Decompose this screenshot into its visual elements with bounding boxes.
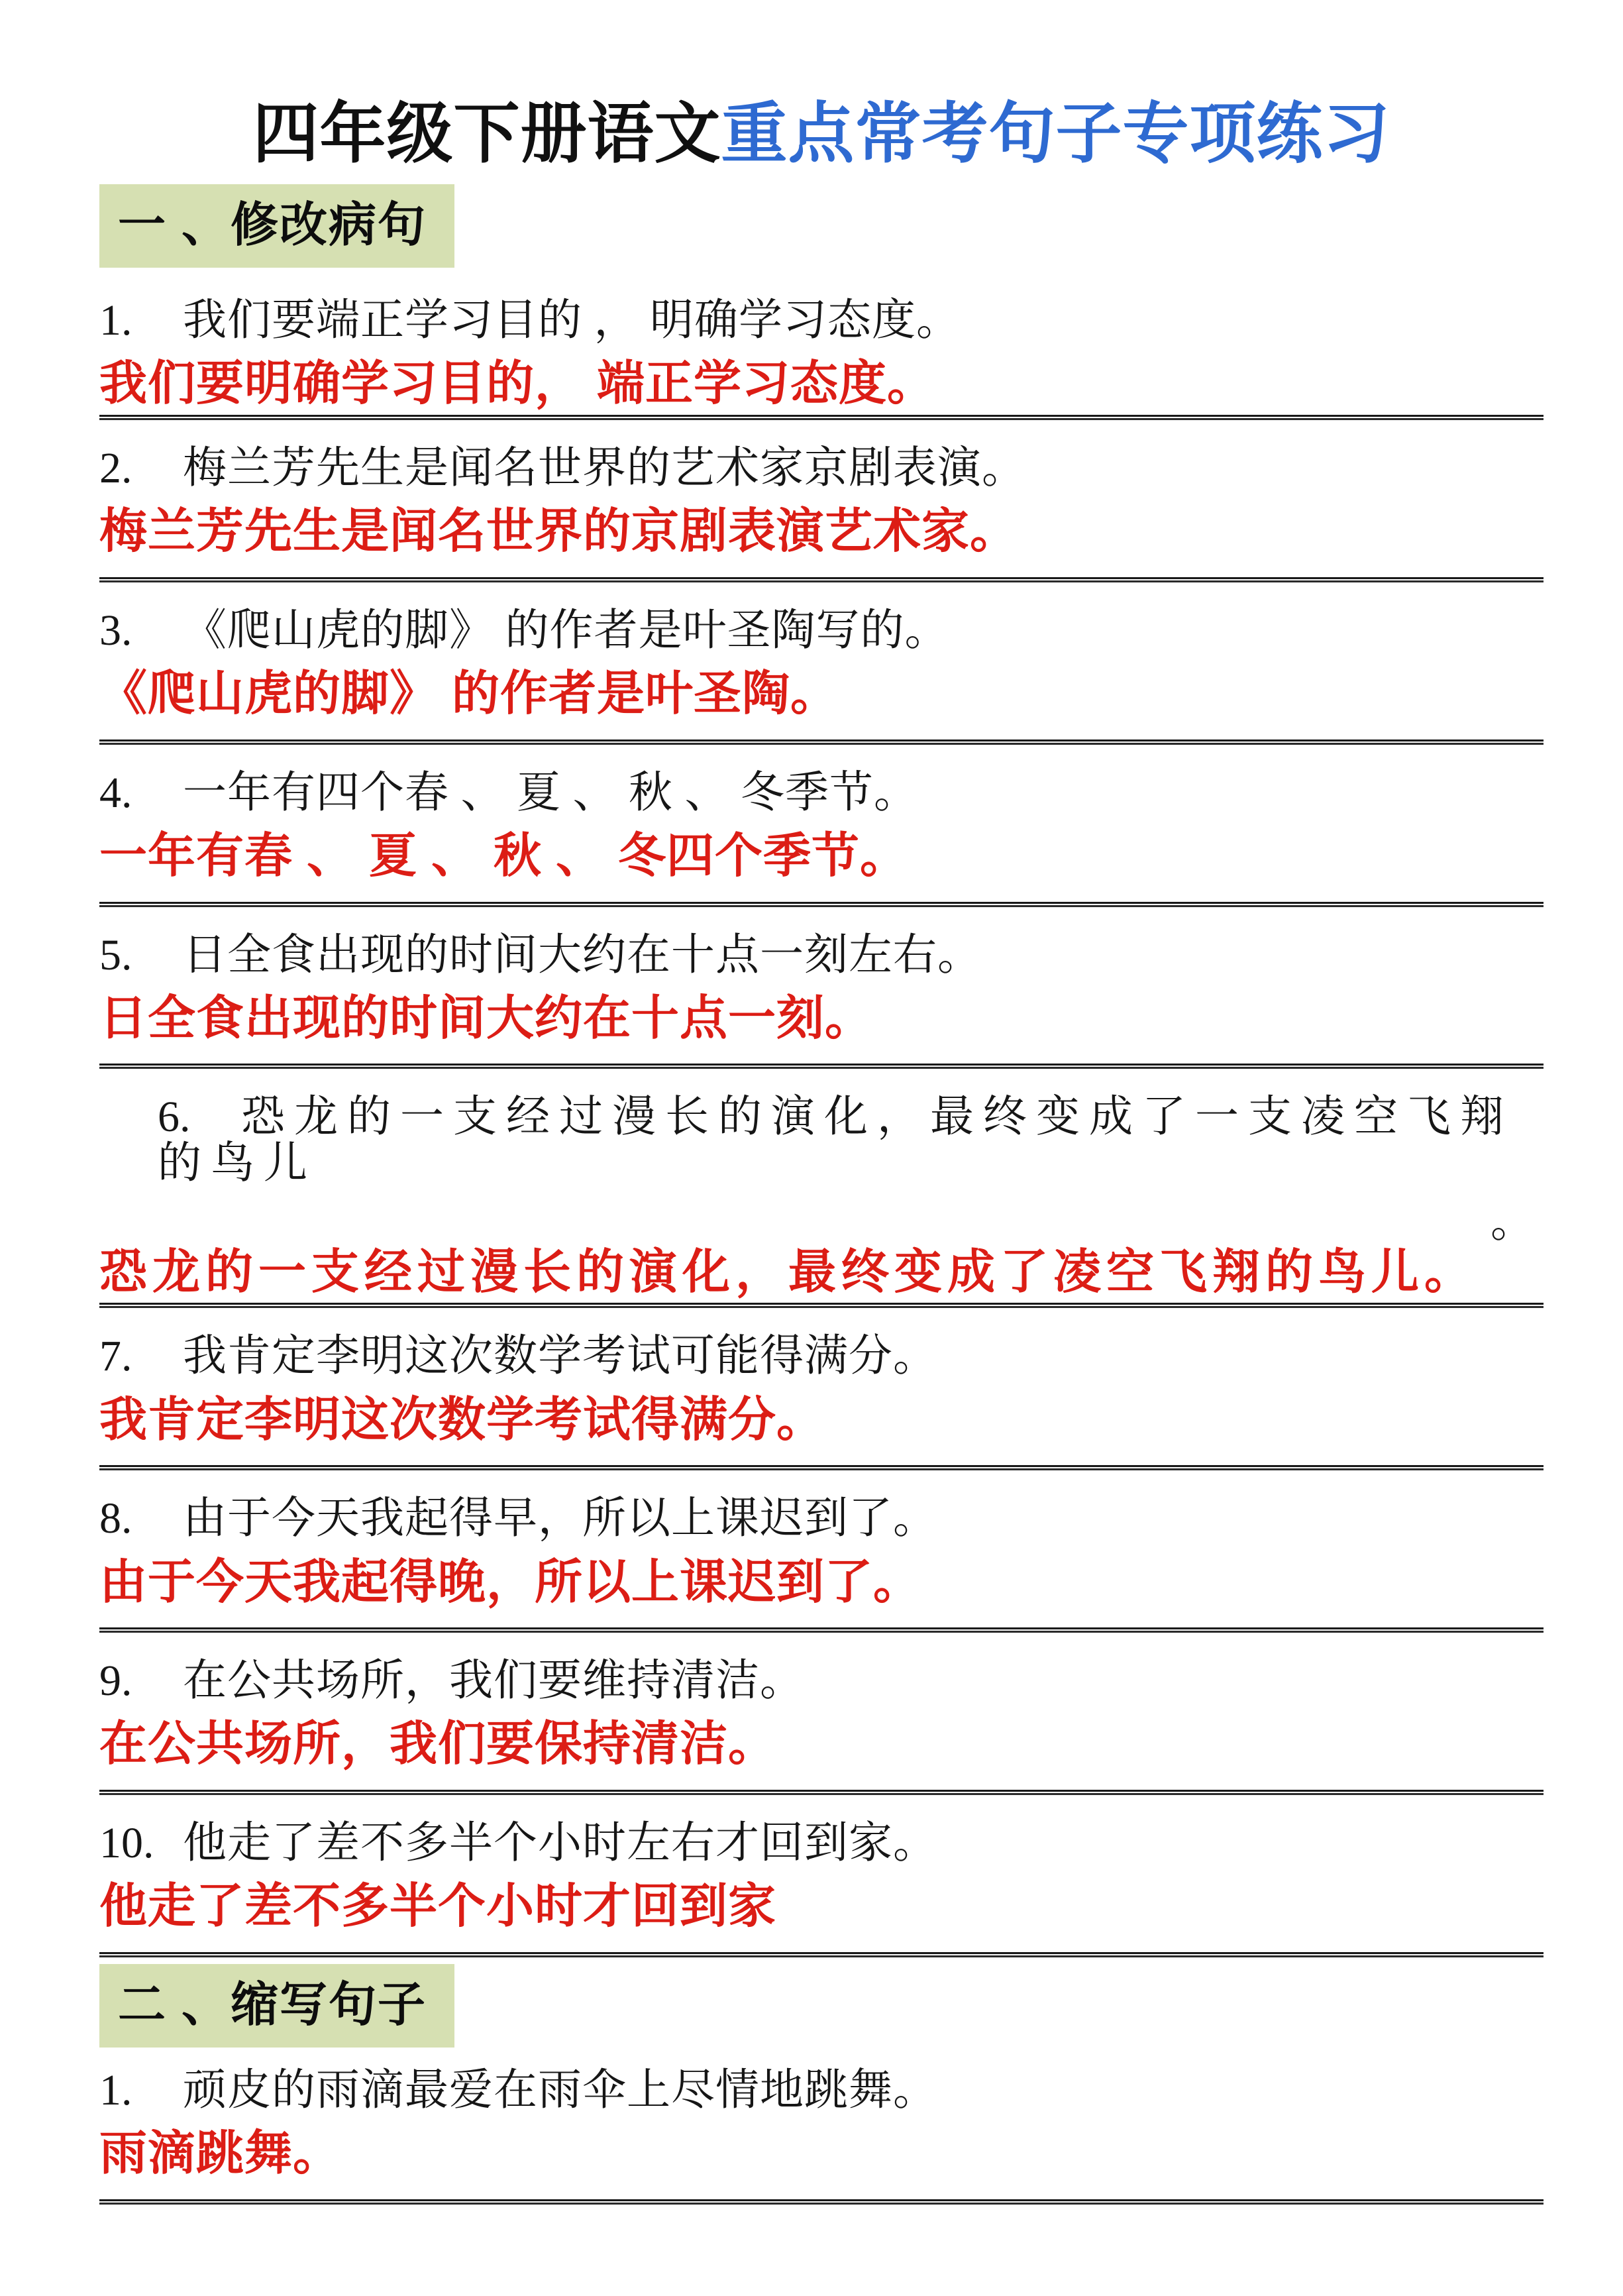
question-text: 我肯定李明这次数学考试可能得满分。 xyxy=(183,1332,937,1380)
question-number: 1. xyxy=(99,298,183,343)
question-number: 7. xyxy=(99,1333,183,1379)
exercise-item-5: 5.日全食出现的时间大约在十点一刻左右。 日全食出现的时间大约在十点一刻。 xyxy=(99,932,1544,1069)
question-text: 《爬山虎的脚》 的作者是叶圣陶写的。 xyxy=(183,606,949,655)
answer-text: 在公共场所，我们要保持清洁。 xyxy=(99,1720,1544,1770)
question-line: 7.我肯定李明这次数学考试可能得满分。 xyxy=(99,1333,1544,1379)
question-text: 由于今天我起得早，所以上课迟到了。 xyxy=(183,1494,937,1543)
question-line: 1.我们要端正学习目的 ， 明确学习态度。 xyxy=(99,298,1544,343)
answer-text: 我们要明确学习目的， 端正学习态度。 xyxy=(99,359,1544,410)
exercise-item-3: 3.《爬山虎的脚》 的作者是叶圣陶写的。 《爬山虎的脚》 的作者是叶圣陶。 xyxy=(99,608,1544,745)
question-number: 5. xyxy=(99,932,183,978)
question-text: 我们要端正学习目的 ， 明确学习态度。 xyxy=(183,296,961,345)
question-text: 在公共场所，我们要维持清洁。 xyxy=(183,1657,804,1705)
answer-text: 一年有春 、 夏 、 秋 、 冬四个季节。 xyxy=(99,832,1544,882)
question-text: 梅兰芳先生是闻名世界的艺术家京剧表演。 xyxy=(183,444,1026,492)
exercise-item-8: 8.由于今天我起得早，所以上课迟到了。 由于今天我起得晚，所以上课迟到了。 xyxy=(99,1496,1544,1633)
answer-text: 《爬山虎的脚》 的作者是叶圣陶。 xyxy=(99,669,1544,720)
answer-text: 恐龙的一支经过漫长的演化，最终变成了凌空飞翔的鸟儿。 xyxy=(99,1248,1544,1298)
answer-text: 梅兰芳先生是闻名世界的京剧表演艺术家。 xyxy=(99,507,1544,557)
question-number: 4. xyxy=(99,770,183,816)
section-1-heading: 一 、修改病句 xyxy=(99,184,454,268)
question-line: 8.由于今天我起得早，所以上课迟到了。 xyxy=(99,1496,1544,1541)
question-text: 恐龙的一支经过漫长的演化，最终变成了一支凌空飞翔的鸟儿 xyxy=(158,1093,1513,1187)
section-2-heading: 二 、缩写句子 xyxy=(99,1964,454,2048)
section-1-heading-row: 一 、修改病句 xyxy=(99,184,1544,268)
question-line: 5.日全食出现的时间大约在十点一刻左右。 xyxy=(99,932,1544,978)
question-text: 日全食出现的时间大约在十点一刻左右。 xyxy=(183,931,982,979)
question-number: 2. xyxy=(99,445,183,491)
question-line: 9.在公共场所，我们要维持清洁。 xyxy=(99,1658,1544,1704)
question-number: 6. xyxy=(158,1094,241,1140)
divider-line xyxy=(99,577,1544,582)
exercise-item-1: 1.我们要端正学习目的 ， 明确学习态度。 我们要明确学习目的， 端正学习态度。 xyxy=(99,298,1544,420)
exercise-item-6: 6.恐龙的一支经过漫长的演化，最终变成了一支凌空飞翔的鸟儿 。 恐龙的一支经过漫… xyxy=(99,1094,1544,1308)
answer-text: 日全食出现的时间大约在十点一刻。 xyxy=(99,994,1544,1044)
question-number: 1. xyxy=(99,2067,183,2113)
question-line: 2.梅兰芳先生是闻名世界的艺术家京剧表演。 xyxy=(99,445,1544,491)
section-2-heading-row: 二 、缩写句子 xyxy=(99,1964,1544,2048)
question-number: 10. xyxy=(99,1820,183,1866)
question-line: 1.顽皮的雨滴最爱在雨伞上尽情地跳舞。 xyxy=(99,2067,1544,2113)
divider-line xyxy=(99,2199,1544,2205)
answer-text: 雨滴跳舞。 xyxy=(99,2129,1544,2179)
exercise-item-s2-1: 1.顽皮的雨滴最爱在雨伞上尽情地跳舞。 雨滴跳舞。 xyxy=(99,2067,1544,2205)
divider-line xyxy=(99,1465,1544,1470)
exercise-item-10: 10.他走了差不多半个小时左右才回到家。 他走了差不多半个小时才回到家 xyxy=(99,1820,1544,1957)
page-title-blue-part: 重点常考句子专项练习 xyxy=(721,97,1390,171)
answer-text: 由于今天我起得晚，所以上课迟到了。 xyxy=(99,1558,1544,1608)
exercise-item-7: 7.我肯定李明这次数学考试可能得满分。 我肯定李明这次数学考试得满分。 xyxy=(99,1333,1544,1470)
question-number: 9. xyxy=(99,1658,183,1704)
divider-line xyxy=(99,1790,1544,1795)
question-number: 8. xyxy=(99,1496,183,1541)
page-title: 四年级下册语文重点常考句子专项练习 xyxy=(99,98,1544,170)
exercise-item-4: 4.一年有四个春 、 夏 、 秋 、 冬季节。 一年有春 、 夏 、 秋 、 冬… xyxy=(99,770,1544,907)
answer-text: 我肯定李明这次数学考试得满分。 xyxy=(99,1395,1544,1446)
question-line: 3.《爬山虎的脚》 的作者是叶圣陶写的。 xyxy=(99,608,1544,653)
divider-line xyxy=(99,1064,1544,1069)
question-line: 4.一年有四个春 、 夏 、 秋 、 冬季节。 xyxy=(99,770,1544,816)
divider-line xyxy=(99,1303,1544,1308)
answer-text: 他走了差不多半个小时才回到家 xyxy=(99,1882,1544,1932)
question-text: 顽皮的雨滴最爱在雨伞上尽情地跳舞。 xyxy=(183,2066,937,2114)
question-line: 6.恐龙的一支经过漫长的演化，最终变成了一支凌空飞翔的鸟儿 xyxy=(99,1094,1544,1186)
page-title-black-part: 四年级下册语文 xyxy=(253,97,721,171)
divider-line xyxy=(99,739,1544,745)
question-line: 10.他走了差不多半个小时左右才回到家。 xyxy=(99,1820,1544,1866)
question-wrapped-period: 。 xyxy=(99,1202,1544,1244)
question-text: 他走了差不多半个小时左右才回到家。 xyxy=(183,1819,937,1867)
exercise-item-2: 2.梅兰芳先生是闻名世界的艺术家京剧表演。 梅兰芳先生是闻名世界的京剧表演艺术家… xyxy=(99,445,1544,582)
divider-line xyxy=(99,1627,1544,1633)
question-text: 一年有四个春 、 夏 、 秋 、 冬季节。 xyxy=(183,769,918,817)
worksheet-page: 四年级下册语文重点常考句子专项练习 一 、修改病句 1.我们要端正学习目的 ， … xyxy=(0,0,1623,2296)
divider-line xyxy=(99,415,1544,420)
question-number: 3. xyxy=(99,608,183,653)
divider-line xyxy=(99,902,1544,907)
exercise-item-9: 9.在公共场所，我们要维持清洁。 在公共场所，我们要保持清洁。 xyxy=(99,1658,1544,1795)
divider-line xyxy=(99,1952,1544,1957)
